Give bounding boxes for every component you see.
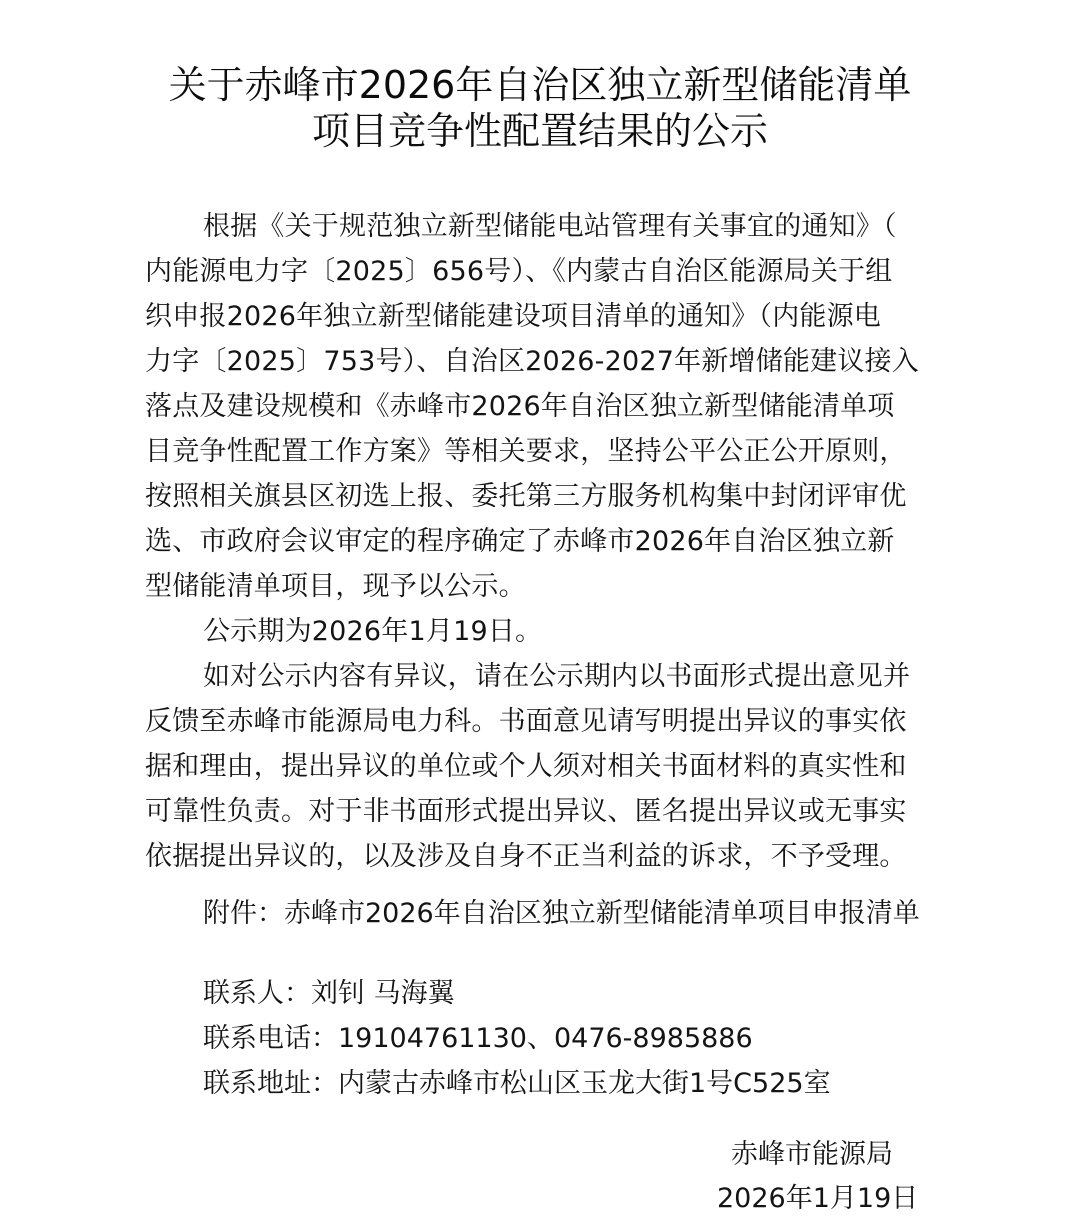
issue-date: 2026年1月19日 — [700, 1177, 940, 1221]
body-line: 按照相关旗县区初选上报、委托第三方服务机构集中封闭评审优 — [145, 474, 955, 519]
contact-address: 联系地址：内蒙古赤峰市松山区玉龙大街1号C525室 — [203, 1062, 831, 1107]
body-line: 内能源电力字〔2025〕656号）、《内蒙古自治区能源局关于组 — [145, 249, 955, 294]
body-line: 反馈至赤峰市能源局电力科。书面意见请写明提出异议的事实依 — [145, 699, 955, 744]
issuing-organization: 赤峰市能源局 — [700, 1133, 940, 1177]
body-line: 可靠性负责。对于非书面形式提出异议、匿名提出异议或无事实 — [145, 789, 955, 834]
body-line: 如对公示内容有异议，请在公示期内以书面形式提出意见并 — [145, 654, 955, 699]
document-title: 关于赤峰市2026年自治区独立新型储能清单 项目竞争性配置结果的公示 — [0, 62, 1080, 154]
body-line: 目竞争性配置工作方案》等相关要求，坚持公平公正公开原则， — [145, 429, 955, 474]
body-line: 根据《关于规范独立新型储能电站管理有关事宜的通知》（ — [145, 204, 955, 249]
body-line: 落点及建设规模和《赤峰市2026年自治区独立新型储能清单项 — [145, 384, 955, 429]
attachment-note: 附件：赤峰市2026年自治区独立新型储能清单项目申报清单 — [203, 892, 920, 936]
signature-block: 赤峰市能源局 2026年1月19日 — [700, 1133, 940, 1221]
body-line: 依据提出异议的，以及涉及自身不正当利益的诉求，不予受理。 — [145, 834, 955, 879]
title-line-2: 项目竞争性配置结果的公示 — [0, 108, 1080, 154]
body-line: 型储能清单项目，现予以公示。 — [145, 564, 955, 609]
body-line: 据和理由，提出异议的单位或个人须对相关书面材料的真实性和 — [145, 744, 955, 789]
body-line: 力字〔2025〕753号）、自治区2026-2027年新增储能建议接入 — [145, 339, 955, 384]
document-body: 根据《关于规范独立新型储能电站管理有关事宜的通知》（ 内能源电力字〔2025〕6… — [145, 204, 955, 879]
contact-person: 联系人：刘钊 马海翼 — [203, 972, 831, 1017]
body-line: 织申报2026年独立新型储能建设项目清单的通知》（内能源电 — [145, 294, 955, 339]
contact-phone: 联系电话：19104761130、0476-8985886 — [203, 1017, 831, 1062]
title-line-1: 关于赤峰市2026年自治区独立新型储能清单 — [0, 62, 1080, 108]
contact-info: 联系人：刘钊 马海翼 联系电话：19104761130、0476-8985886… — [203, 972, 831, 1107]
body-line: 选、市政府会议审定的程序确定了赤峰市2026年自治区独立新 — [145, 519, 955, 564]
publicity-period: 公示期为2026年1月19日。 — [145, 609, 955, 654]
